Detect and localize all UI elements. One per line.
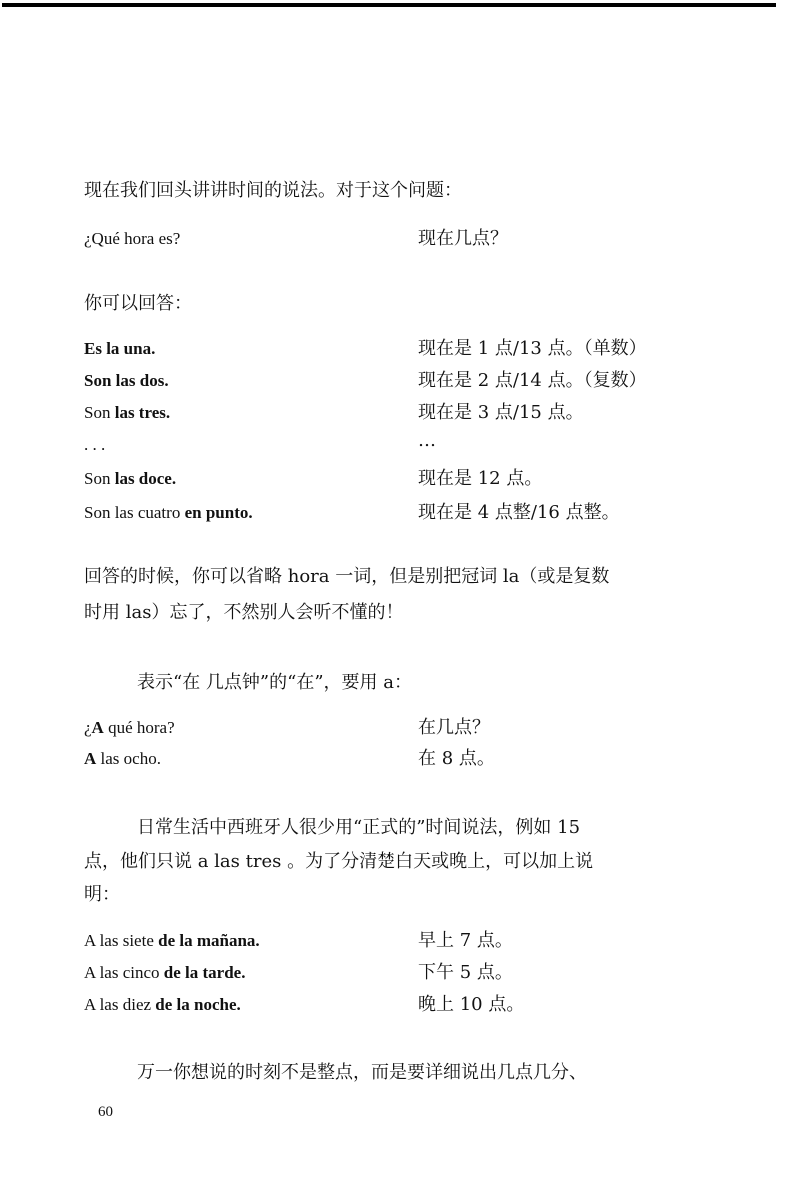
answer-es-1: Es la una.: [84, 338, 155, 360]
answer-zh-5: 现在是 12 点。: [418, 468, 542, 490]
question-es: ¿Qué hora es?: [84, 228, 180, 250]
a-example-es-2: A las ocho.: [84, 748, 161, 770]
daily-line-2: 点，他们只说 a las tres 。为了分清楚白天或晚上，可以加上说: [84, 851, 593, 873]
period-es-3: A las diez de la noche.: [84, 994, 241, 1016]
answer-zh-1: 现在是 1 点/13 点。（单数）: [418, 338, 647, 360]
note-line-1: 回答的时候，你可以省略 hora 一词，但是别把冠词 la（或是复数: [84, 566, 609, 588]
intro-paragraph: 现在我们回头讲讲时间的说法。对于这个问题：: [84, 180, 462, 202]
note-line-2: 时用 las）忘了，不然别人会听不懂的！: [84, 602, 403, 624]
a-example-zh-2: 在 8 点。: [418, 748, 495, 770]
top-border-rule: [2, 3, 776, 7]
daily-line-3: 明：: [84, 884, 120, 906]
answer-es-2: Son las dos.: [84, 370, 169, 392]
answer-zh-6: 现在是 4 点整/16 点整。: [418, 502, 620, 524]
period-zh-1: 早上 7 点。: [418, 930, 513, 952]
period-zh-2: 下午 5 点。: [418, 962, 513, 984]
question-zh: 现在几点？: [418, 228, 508, 250]
answer-es-5: Son las doce.: [84, 468, 176, 490]
page-number: 60: [98, 1104, 113, 1121]
answer-es-ellipsis: . . .: [84, 434, 105, 456]
answer-intro: 你可以回答：: [84, 293, 192, 315]
answer-es-6: Son las cuatro en punto.: [84, 502, 253, 524]
answer-es-3: Son las tres.: [84, 402, 170, 424]
period-es-1: A las siete de la mañana.: [84, 930, 260, 952]
a-intro: 表示“在 几点钟”的“在”，要用 a：: [137, 672, 412, 694]
daily-line-1: 日常生活中西班牙人很少用“正式的”时间说法，例如 15: [137, 817, 580, 839]
a-example-zh-1: 在几点？: [418, 717, 490, 739]
answer-zh-ellipsis: …: [418, 430, 436, 452]
answer-zh-2: 现在是 2 点/14 点。（复数）: [418, 370, 647, 392]
answer-zh-3: 现在是 3 点/15 点。: [418, 402, 584, 424]
period-es-2: A las cinco de la tarde.: [84, 962, 245, 984]
last-line: 万一你想说的时刻不是整点，而是要详细说出几点几分、: [137, 1062, 587, 1084]
period-zh-3: 晚上 10 点。: [418, 994, 524, 1016]
a-example-es-1: ¿A qué hora?: [84, 717, 175, 739]
